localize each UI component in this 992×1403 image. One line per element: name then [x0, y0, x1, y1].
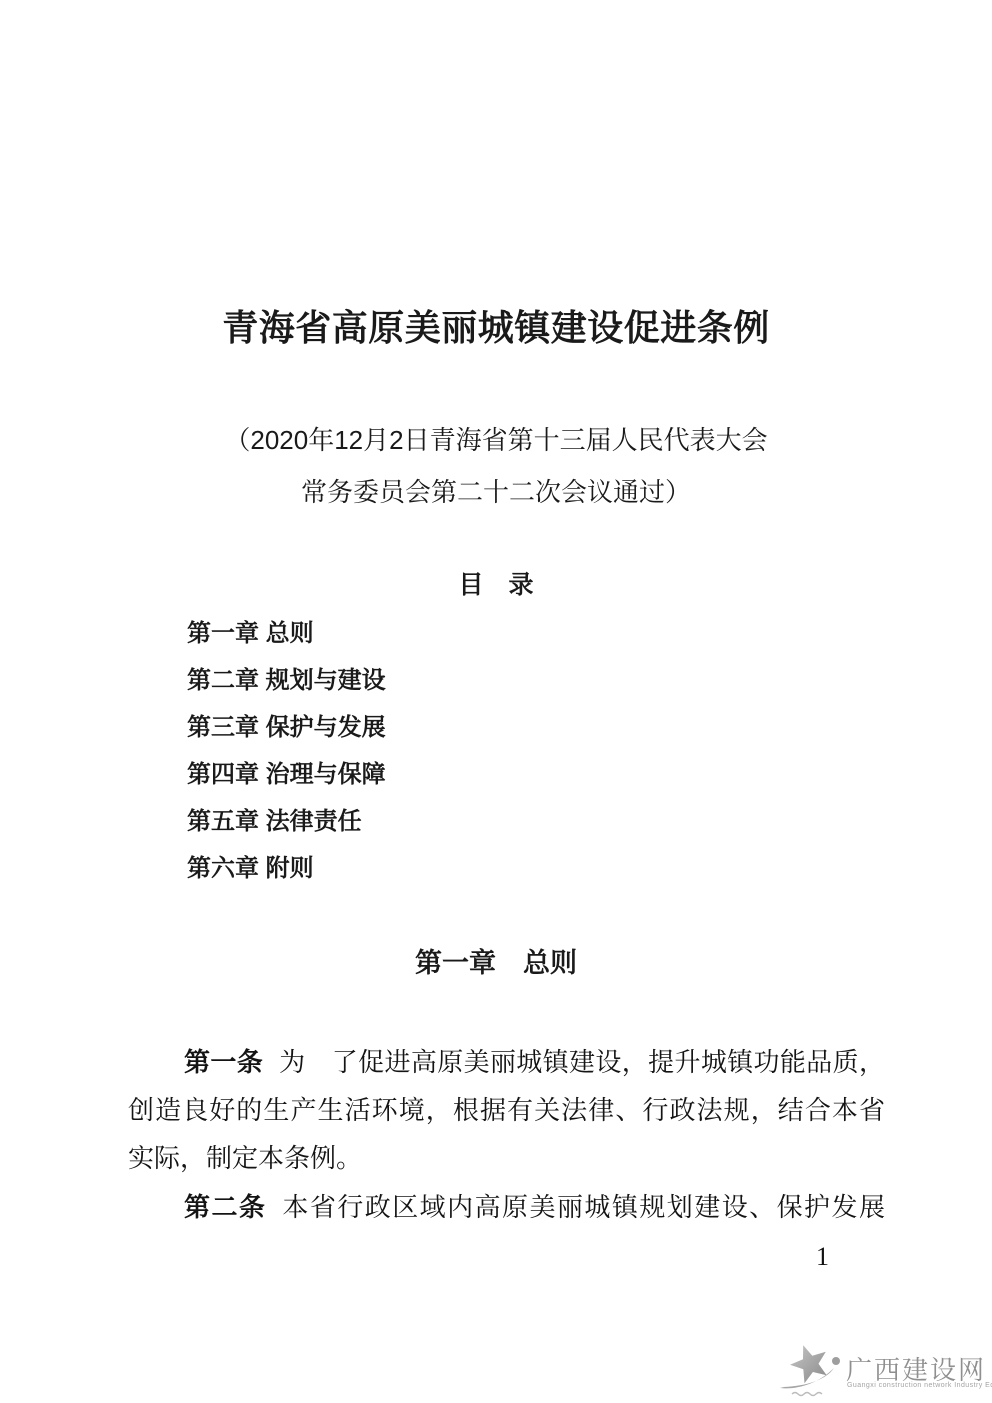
subtitle-line: （2020年12月2日青海省第十三届人民代表大会 — [0, 414, 992, 466]
page-number: 1 — [816, 1242, 829, 1272]
paragraph-line: 第一条为 了促进高原美丽城镇建设，提升城镇功能品质， — [128, 1038, 885, 1087]
paragraph-line: 创造良好的生产生活环境，根据有关法律、行政法规，结合本省 — [128, 1087, 885, 1135]
paragraph-line: 实际，制定本条例。 — [128, 1135, 885, 1183]
toc-heading: 目 录 — [0, 572, 992, 598]
paragraph-line: 第二条本省行政区域内高原美丽城镇规划建设、保护发展 — [128, 1183, 885, 1232]
toc-item-chapter-3: 第三章 保护与发展 — [187, 704, 992, 751]
body-text: 第一条为 了促进高原美丽城镇建设，提升城镇功能品质， 创造良好的生产生活环境，根… — [128, 1038, 885, 1232]
toc-item-chapter-1: 第一章 总则 — [187, 610, 992, 657]
dot-shape — [832, 1357, 840, 1365]
star-shape — [790, 1345, 827, 1383]
toc-item-chapter-6: 第六章 附则 — [187, 845, 992, 892]
article-term: 第二条 — [184, 1192, 266, 1222]
paragraph-text: 本省行政区域内高原美丽城镇规划建设、保护发展 — [282, 1193, 885, 1222]
star-logo-icon — [774, 1336, 844, 1400]
paragraph-text: 为 了促进高原美丽城镇建设，提升城镇功能品质， — [279, 1048, 885, 1077]
script-squiggle — [792, 1393, 822, 1396]
toc-list: 第一章 总则 第二章 规划与建设 第三章 保护与发展 第四章 治理与保障 第五章… — [0, 610, 992, 892]
document-page: 青海省高原美丽城镇建设促进条例 （2020年12月2日青海省第十三届人民代表大会… — [0, 0, 992, 1403]
subtitle-line: 常务委员会第二十二次会议通过） — [0, 466, 992, 518]
chapter-heading: 第一章 总则 — [0, 944, 992, 982]
document-subtitle: （2020年12月2日青海省第十三届人民代表大会 常务委员会第二十二次会议通过） — [0, 414, 992, 518]
toc-item-chapter-5: 第五章 法律责任 — [187, 798, 992, 845]
document-title: 青海省高原美丽城镇建设促进条例 — [0, 300, 992, 351]
watermark-tagline: Guangxi construction network Industry Ed… — [847, 1382, 992, 1389]
article-term: 第一条 — [184, 1047, 263, 1077]
toc-item-chapter-4: 第四章 治理与保障 — [187, 751, 992, 798]
watermark: 广西建设网 Guangxi construction network Indus… — [774, 1336, 992, 1400]
toc-item-chapter-2: 第二章 规划与建设 — [187, 657, 992, 704]
